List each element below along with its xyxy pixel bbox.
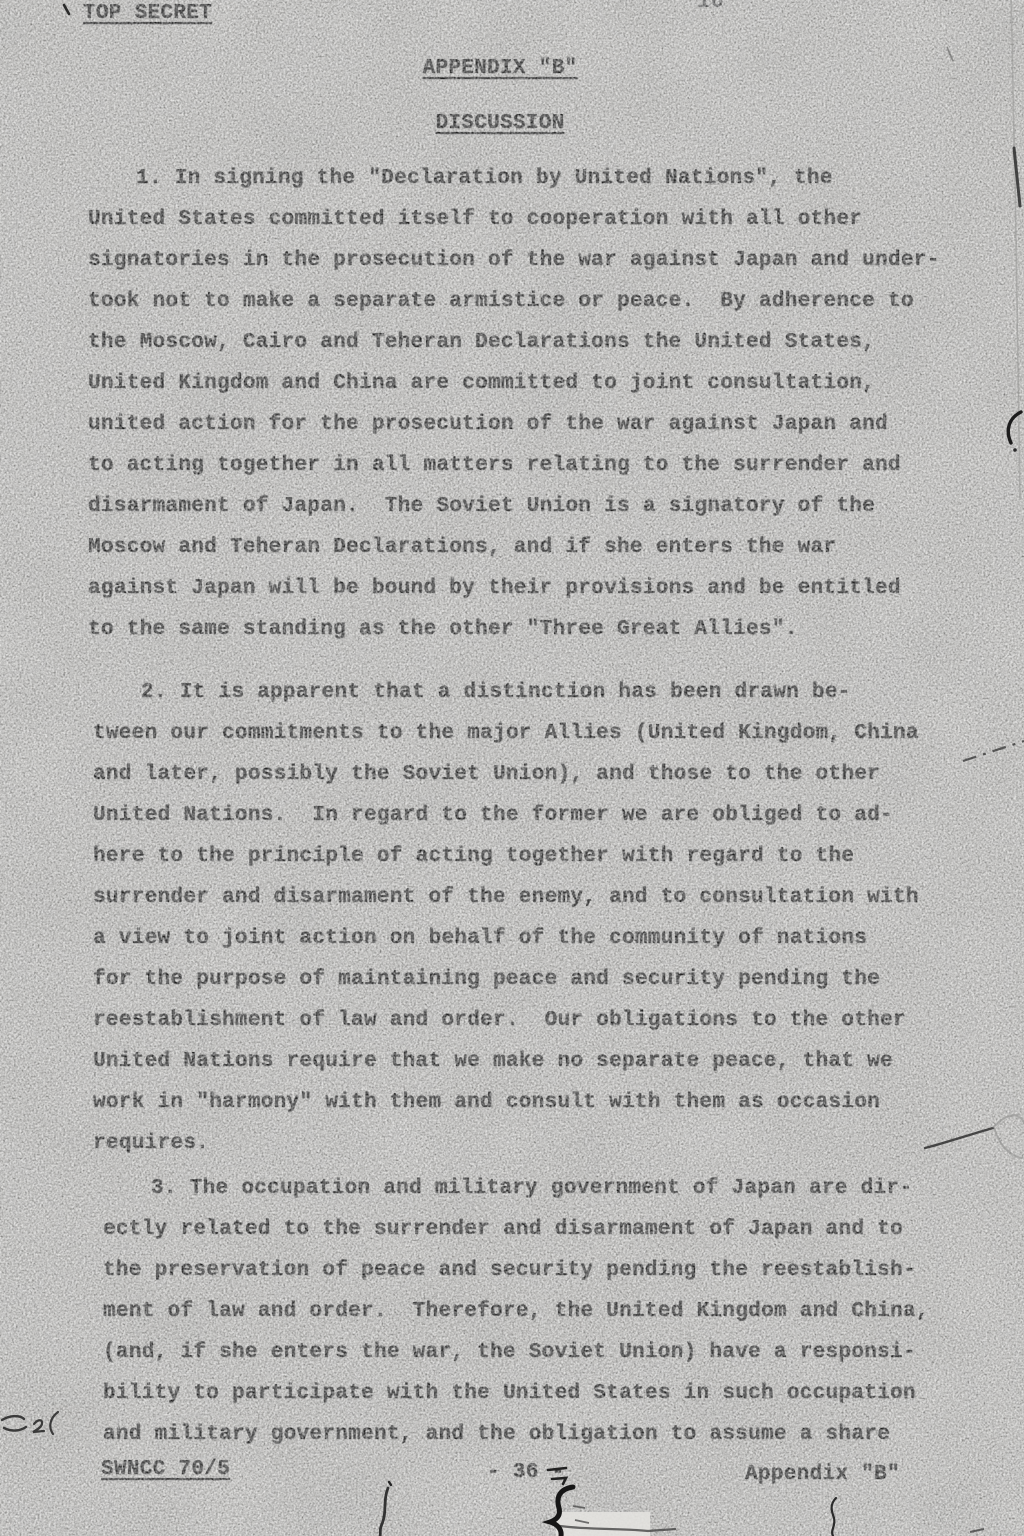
section-heading: DISCUSSION	[0, 112, 1000, 135]
page-number-bottom: - 36 -	[487, 1461, 564, 1484]
appendix-title: APPENDIX "B"	[0, 57, 1000, 80]
document-page: TOP SECRET 16 APPENDIX "B" DISCUSSION 1.…	[0, 0, 1024, 1536]
pen-tick-mark	[64, 5, 69, 14]
page-number-top: 16	[697, 0, 724, 14]
smudge-line	[560, 1526, 676, 1531]
paragraph-1: 1. In signing the "Declaration by United…	[88, 158, 1024, 650]
tear-line-bottom	[380, 1488, 388, 1536]
document-body: 1. In signing the "Declaration by United…	[0, 158, 1024, 1455]
classification-marking: TOP SECRET	[83, 2, 212, 25]
brace-flick	[573, 1506, 589, 1523]
paragraph-2: 2. It is apparent that a distinction has…	[93, 672, 1024, 1164]
tear-dot	[389, 1482, 391, 1485]
light-patch	[556, 1512, 650, 1536]
handwritten-brace-center	[550, 1487, 573, 1536]
paragraph-3: 3. The occupation and military governmen…	[103, 1168, 1024, 1455]
small-dash-right	[970, 1529, 984, 1532]
document-reference-number: SWNCC 70/5	[101, 1458, 230, 1481]
appendix-footer-label: Appendix "B"	[745, 1463, 900, 1486]
handwritten-brace-right	[832, 1498, 836, 1536]
